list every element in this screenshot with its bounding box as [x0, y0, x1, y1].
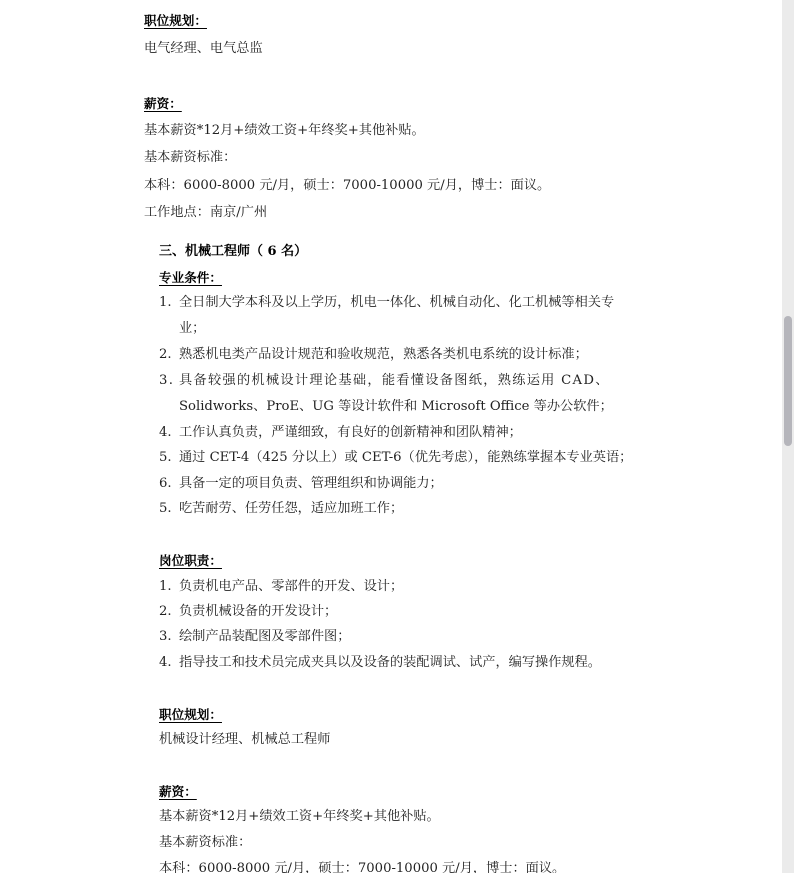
- career-heading: 职位规划：: [159, 706, 232, 724]
- salary-line: 本科：6000-8000 元/月，硕士：7000-10000 元/月，博士：面议…: [144, 177, 550, 195]
- requirements-heading: 专业条件：: [159, 269, 232, 287]
- career-text: 电气经理、电气总监: [144, 40, 263, 58]
- requirement-item: 6.具备一定的项目负责、管理组织和协调能力；: [159, 475, 443, 493]
- duty-item: 1.负责机电产品、零部件的开发、设计；: [159, 578, 403, 596]
- salary-heading: 薪资：: [144, 95, 192, 113]
- requirement-item: 4.工作认真负责，严谨细致，有良好的创新精神和团队精神；: [159, 424, 522, 442]
- scrollbar-thumb[interactable]: [784, 316, 792, 446]
- requirement-item-cont: Solidworks、ProE、UG 等设计软件和 Microsoft Offi…: [179, 398, 613, 416]
- career-text: 机械设计经理、机械总工程师: [159, 731, 330, 749]
- requirement-item-cont: 业；: [179, 320, 205, 338]
- salary-line: 基本薪资*12月+绩效工资+年终奖+其他补贴。: [144, 122, 425, 140]
- requirement-item: 3.具备较强的机械设计理论基础，能看懂设备图纸，熟练运用 CAD、: [159, 372, 610, 390]
- requirement-item: 1.全日制大学本科及以上学历，机电一体化、机械自动化、化工机械等相关专: [159, 294, 614, 312]
- requirement-item: 5.通过 CET-4（425 分以上）或 CET-6（优先考虑），能熟练掌握本专…: [159, 449, 632, 467]
- requirement-item: 5.吃苦耐劳、任劳任怨，适应加班工作；: [159, 500, 403, 518]
- salary-line: 基本薪资*12月+绩效工资+年终奖+其他补贴。: [159, 808, 440, 826]
- duty-item: 2.负责机械设备的开发设计；: [159, 603, 337, 621]
- career-heading: 职位规划：: [144, 12, 217, 30]
- salary-line: 基本薪资标准：: [144, 149, 236, 167]
- salary-line: 本科：6000-8000 元/月，硕士：7000-10000 元/月，博士：面议…: [159, 860, 565, 873]
- salary-line: 基本薪资标准：: [159, 834, 251, 852]
- section-title: 三、机械工程师（ 6 名）: [159, 243, 307, 261]
- requirement-item: 2.熟悉机电类产品设计规范和验收规范，熟悉各类机电系统的设计标准；: [159, 346, 588, 364]
- document-page: 职位规划： 电气经理、电气总监 薪资： 基本薪资*12月+绩效工资+年终奖+其他…: [0, 0, 782, 873]
- salary-heading: 薪资：: [159, 783, 207, 801]
- duties-heading: 岗位职责：: [159, 552, 232, 570]
- work-location: 工作地点：南京/广州: [144, 204, 267, 222]
- duty-item: 4.指导技工和技术员完成夹具以及设备的装配调试、试产，编写操作规程。: [159, 654, 601, 672]
- duty-item: 3.绘制产品装配图及零部件图；: [159, 628, 350, 646]
